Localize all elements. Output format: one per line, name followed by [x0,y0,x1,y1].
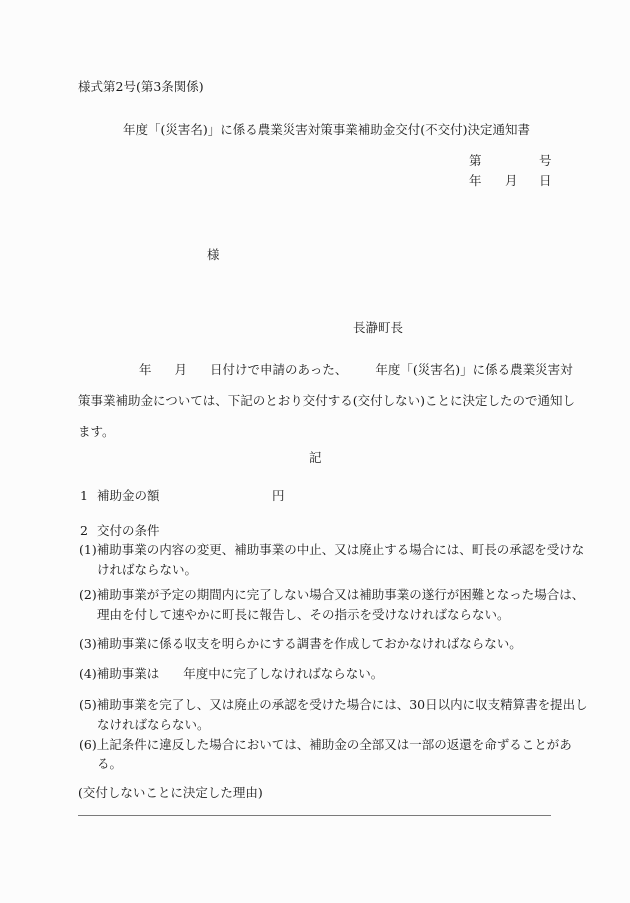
condition-marker: (5) [79,697,97,712]
body-text-b: 年度「(災害名)」に係る農業災害対 [375,362,572,377]
date-month: 月 [505,175,518,188]
body-year: 年 [139,362,152,377]
item-2-number: 2 [80,525,88,538]
body-paragraph-line-1: 年月日付けで申請のあった、年度「(災害名)」に係る農業災害対 [78,364,553,377]
condition-4: (4)補助事業は年度中に完了しなければならない。 [79,668,383,681]
document-number-prefix: 第 [469,155,482,168]
condition-marker: (6) [79,737,97,752]
condition-text-a: 補助事業は [97,666,160,681]
document-number-suffix: 号 [539,155,552,168]
item-1-number: 1 [80,490,88,503]
issuer-name: 長瀞町長 [353,322,403,335]
body-month: 月 [175,362,188,377]
condition-1: (1)補助事業の内容の変更、補助事業の中止、又は廃止する場合には、町長の承認を受… [79,544,584,557]
condition-5-continued: なければならない。 [97,719,210,732]
condition-marker: (3) [79,636,97,651]
document-title: 年度「(災害名)」に係る農業災害対策事業補助金交付(不交付)決定通知書 [123,124,530,137]
condition-1-continued: ければならない。 [97,564,197,577]
date-day: 日 [539,175,552,188]
condition-3: (3)補助事業に係る収支を明らかにする調書を作成しておかなければならない。 [79,638,522,651]
body-paragraph-line-3: ます。 [78,426,553,439]
item-1-label: 補助金の額 [97,490,160,503]
condition-marker: (1) [79,542,97,557]
condition-text: 補助事業が予定の期間内に完了しない場合又は補助事業の遂行が困難となった場合は、 [97,587,585,602]
non-grant-reason-label: (交付しないことに決定した理由) [78,787,263,800]
form-label: 様式第2号(第3条関係) [78,81,204,94]
condition-text: 上記条件に違反した場合においては、補助金の全部又は一部の返還を命ずることがあ [97,737,572,752]
condition-5: (5)補助事業を完了し、又は廃止の承認を受けた場合には、30日以内に収支精算書を… [79,699,588,712]
item-1-unit: 円 [272,490,285,503]
body-text-a: 日付けで申請のあった、 [210,362,347,377]
condition-6: (6)上記条件に違反した場合においては、補助金の全部又は一部の返還を命ずることが… [79,739,572,752]
recipient-honorific: 様 [207,249,220,262]
condition-6-continued: る。 [97,758,122,771]
condition-text-b: 年度中に完了しなければならない。 [183,666,383,681]
condition-text: 補助事業の内容の変更、補助事業の中止、又は廃止する場合には、町長の承認を受けな [97,542,585,557]
ki-heading: 記 [309,452,322,465]
condition-2-continued: 理由を付して速やかに町長に報告し、その指示を受けなければならない。 [97,609,510,622]
condition-marker: (4) [79,666,97,681]
reason-underline [78,815,551,816]
item-2-label: 交付の条件 [97,525,160,538]
condition-marker: (2) [79,587,97,602]
condition-text: 補助事業を完了し、又は廃止の承認を受けた場合には、30日以内に収支精算書を提出し [97,697,588,712]
document-page: 様式第2号(第3条関係) 年度「(災害名)」に係る農業災害対策事業補助金交付(不… [0,0,630,903]
condition-text: 補助事業に係る収支を明らかにする調書を作成しておかなければならない。 [97,636,522,651]
body-paragraph-line-2: 策事業補助金については、下記のとおり交付する(交付しない)ことに決定したので通知… [78,395,553,408]
condition-2: (2)補助事業が予定の期間内に完了しない場合又は補助事業の遂行が困難となった場合… [79,589,584,602]
date-year: 年 [469,175,482,188]
